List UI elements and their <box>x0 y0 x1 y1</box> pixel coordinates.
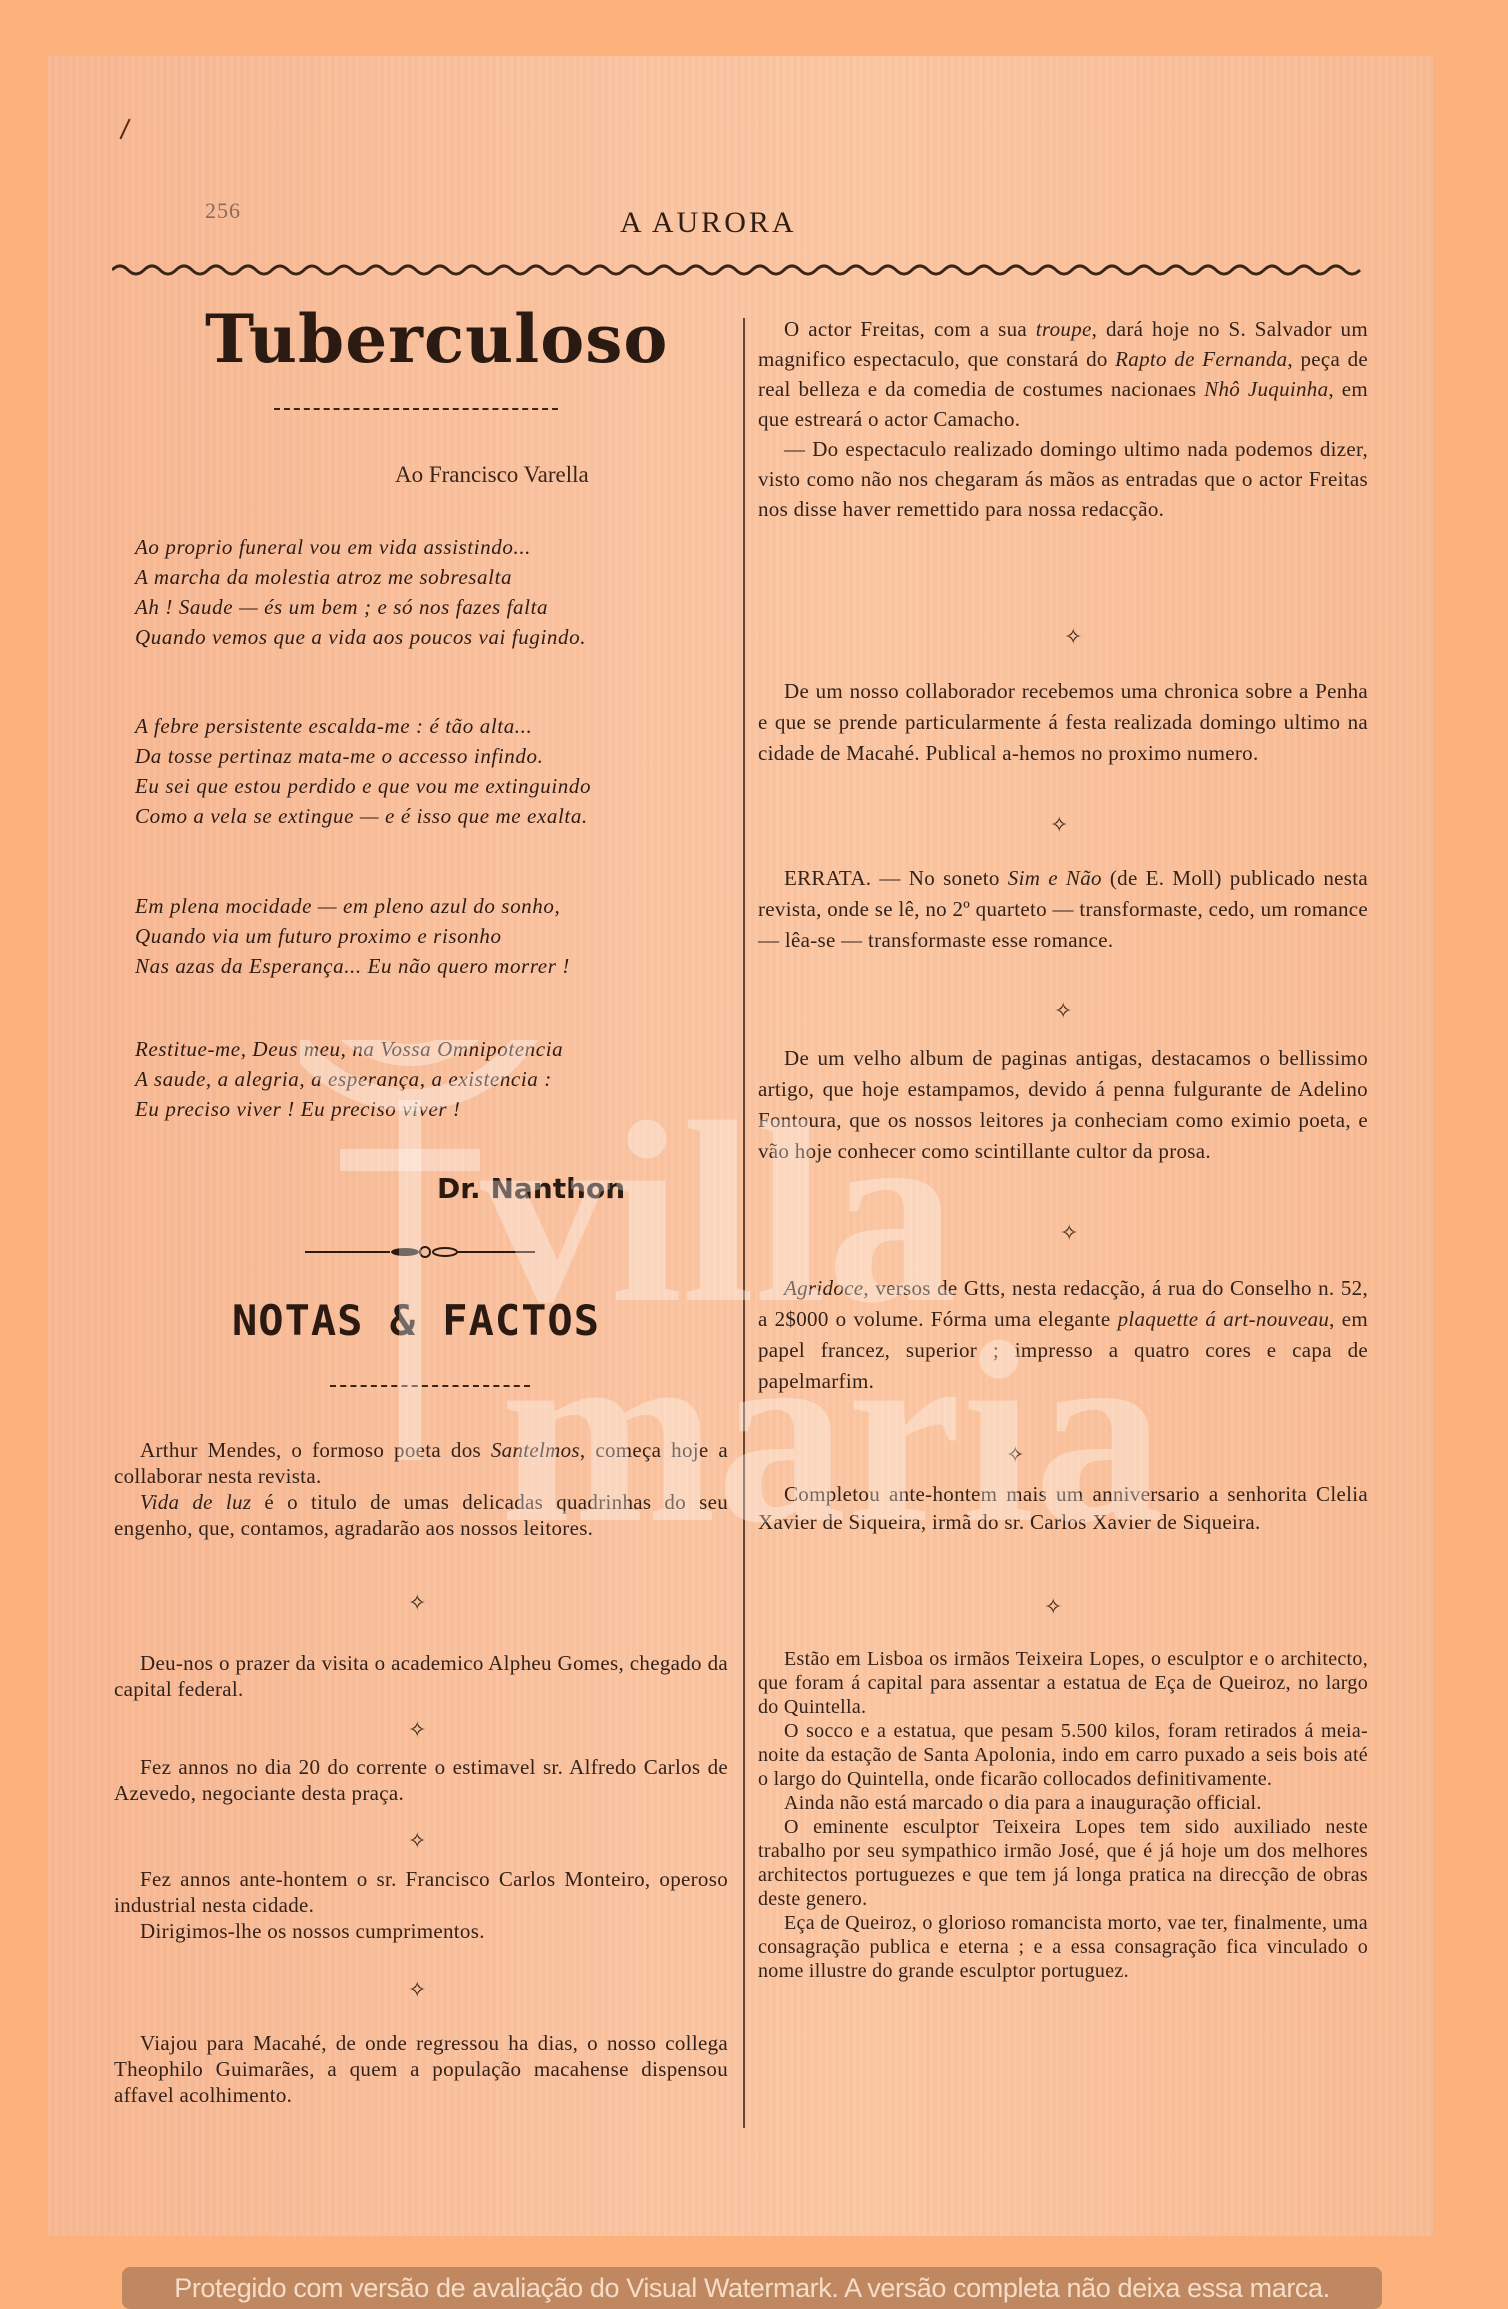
star-separator-icon: ✧ <box>1064 624 1082 650</box>
star-separator-icon: ✧ <box>1050 812 1068 838</box>
fleuron-divider <box>305 1245 535 1259</box>
paragraph: Agridoce, versos de Gtts, nesta redacção… <box>758 1273 1368 1397</box>
paragraph: Fez annos ante-hontem o sr. Francisco Ca… <box>114 1866 728 1918</box>
title-rule <box>274 408 558 410</box>
watermark-banner: Protegido com versão de avaliação do Vis… <box>122 2267 1382 2309</box>
verse: Eu sei que estou perdido e que vou me ex… <box>135 771 591 801</box>
news-item: Estão em Lisboa os irmãos Teixeira Lopes… <box>758 1647 1368 1983</box>
star-separator-icon: ✧ <box>1054 998 1072 1024</box>
news-item: ERRATA. — No soneto Sim e Não (de E. Mol… <box>758 863 1368 956</box>
paragraph: Fez annos no dia 20 do corrente o estima… <box>114 1754 728 1806</box>
poem-stanza-4: Restitue-me, Deus meu, na Vossa Omnipote… <box>135 1034 563 1124</box>
verse: Eu preciso viver ! Eu preciso viver ! <box>135 1094 563 1124</box>
verse: Da tosse pertinaz mata-me o accesso infi… <box>135 741 591 771</box>
paragraph: De um nosso collaborador recebemos uma c… <box>758 676 1368 769</box>
paragraph: Eça de Queiroz, o glorioso romancista mo… <box>758 1911 1368 1983</box>
poem-stanza-1: Ao proprio funeral vou em vida assistind… <box>135 532 586 652</box>
section-title: NOTAS & FACTOS <box>232 1296 600 1345</box>
verse: Quando vemos que a vida aos poucos vai f… <box>135 622 586 652</box>
verse: A marcha da molestia atroz me sobresalta <box>135 562 586 592</box>
paragraph: Completou ante-hontem mais um anniversar… <box>758 1480 1368 1536</box>
poem-stanza-3: Em plena mocidade — em pleno azul do son… <box>135 891 570 981</box>
news-item: Fez annos no dia 20 do corrente o estima… <box>114 1754 728 1806</box>
verse: Ao proprio funeral vou em vida assistind… <box>135 532 586 562</box>
poem-dedication: Ao Francisco Varella <box>395 462 589 488</box>
star-separator-icon: ✧ <box>1006 1442 1024 1468</box>
wavy-rule-divider <box>112 262 1370 278</box>
paragraph: Vida de luz é o titulo de umas delicadas… <box>114 1489 728 1541</box>
star-separator-icon: ✧ <box>408 1977 426 2003</box>
news-item: Arthur Mendes, o formoso poeta dos Sante… <box>114 1437 728 1541</box>
paragraph: Arthur Mendes, o formoso poeta dos Sante… <box>114 1437 728 1489</box>
news-item: De um nosso collaborador recebemos uma c… <box>758 676 1368 769</box>
star-separator-icon: ✧ <box>408 1828 426 1854</box>
paragraph: Viajou para Macahé, de onde regressou ha… <box>114 2030 728 2108</box>
news-item: Deu-nos o prazer da visita o academico A… <box>114 1650 728 1702</box>
masthead: A AURORA <box>620 206 797 240</box>
verse: Ah ! Saude — és um bem ; e só nos fazes … <box>135 592 586 622</box>
paragraph: O actor Freitas, com a sua troupe, dará … <box>758 314 1368 434</box>
paragraph: O socco e a estatua, que pesam 5.500 kil… <box>758 1719 1368 1791</box>
column-divider <box>743 318 745 2128</box>
star-separator-icon: ✧ <box>408 1590 426 1616</box>
news-item: Agridoce, versos de Gtts, nesta redacção… <box>758 1273 1368 1397</box>
verse: Em plena mocidade — em pleno azul do son… <box>135 891 570 921</box>
poem-title: Tuberculoso <box>205 300 668 378</box>
news-item: O actor Freitas, com a sua troupe, dará … <box>758 314 1368 524</box>
star-separator-icon: ✧ <box>1060 1220 1078 1246</box>
star-separator-icon: ✧ <box>1044 1594 1062 1620</box>
verse: Como a vela se extingue — e é isso que m… <box>135 801 591 831</box>
paragraph: — Do espectaculo realizado domingo ultim… <box>758 434 1368 524</box>
news-item: Fez annos ante-hontem o sr. Francisco Ca… <box>114 1866 728 1944</box>
verse: Quando via um futuro proximo e risonho <box>135 921 570 951</box>
paragraph: Deu-nos o prazer da visita o academico A… <box>114 1650 728 1702</box>
verse: A saude, a alegria, a esperança, a exist… <box>135 1064 563 1094</box>
paragraph: De um velho album de paginas antigas, de… <box>758 1043 1368 1167</box>
poem-stanza-2: A febre persistente escalda-me : é tão a… <box>135 711 591 831</box>
paragraph: Dirigimos-lhe os nossos cumprimentos. <box>114 1918 728 1944</box>
news-item: De um velho album de paginas antigas, de… <box>758 1043 1368 1167</box>
verse: A febre persistente escalda-me : é tão a… <box>135 711 591 741</box>
paragraph: Ainda não está marcado o dia para a inau… <box>758 1791 1368 1815</box>
news-item: Viajou para Macahé, de onde regressou ha… <box>114 2030 728 2108</box>
section-rule <box>330 1385 530 1387</box>
star-separator-icon: ✧ <box>408 1717 426 1743</box>
verse: Nas azas da Esperança... Eu não quero mo… <box>135 951 570 981</box>
poem-signature: Dr. Nanthon <box>437 1172 625 1205</box>
news-item: Completou ante-hontem mais um anniversar… <box>758 1480 1368 1536</box>
verse: Restitue-me, Deus meu, na Vossa Omnipote… <box>135 1034 563 1064</box>
paragraph: ERRATA. — No soneto Sim e Não (de E. Mol… <box>758 863 1368 956</box>
paragraph: Estão em Lisboa os irmãos Teixeira Lopes… <box>758 1647 1368 1719</box>
page-number: 256 <box>205 198 241 224</box>
paragraph: O eminente esculptor Teixeira Lopes tem … <box>758 1815 1368 1911</box>
